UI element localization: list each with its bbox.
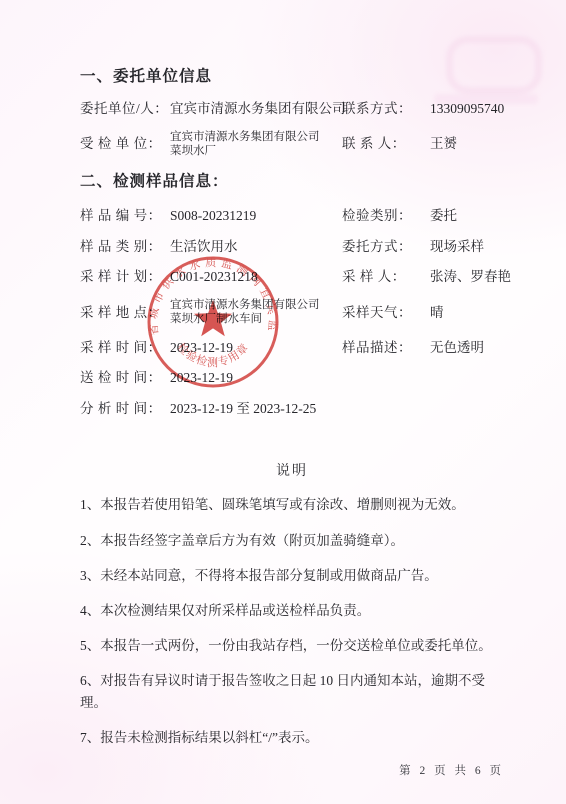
sampling-site-cell: 采 样 地 点： 宜宾市清源水务集团有限公司 菜坝水厂制水车间: [80, 298, 342, 327]
field-value-analysis-time: 2023-12-19 至 2023-12-25: [170, 399, 316, 419]
inspected-unit-line1: 宜宾市清源水务集团有限公司: [170, 130, 320, 144]
submission-time-cell: 送 检 时 间： 2023-12-19: [80, 368, 342, 388]
row-sampling-plan: 采 样 计 划： C001-20231218 采 样 人： 张涛、罗春艳: [80, 267, 504, 287]
field-label-sampler: 采 样 人：: [342, 267, 430, 287]
field-label-sample-type: 样 品 类 别：: [80, 237, 170, 257]
field-label-inspection-type: 检验类别：: [342, 206, 430, 226]
field-label-submission-time: 送 检 时 间：: [80, 368, 170, 388]
note-item-1: 1、本报告若使用铅笔、圆珠笔填写或有涂改、增删则视为无效。: [80, 494, 504, 516]
field-value-sample-type: 生活饮用水: [170, 237, 238, 257]
sampling-time-cell: 采 样 时 间： 2023-12-19: [80, 338, 342, 358]
field-label-inspected-unit: 受 检 单 位：: [80, 134, 170, 154]
sample-type-cell: 样 品 类 别： 生活饮用水: [80, 237, 342, 257]
sampling-plan-cell: 采 样 计 划： C001-20231218: [80, 267, 342, 287]
field-label-sampling-weather: 采样天气：: [342, 303, 430, 323]
analysis-time-cell: 分 析 时 间： 2023-12-19 至 2023-12-25: [80, 399, 504, 419]
row-client: 委托单位/人： 宜宾市清源水务集团有限公司 联系方式： 13309095740: [80, 99, 504, 119]
field-label-sample-description: 样品描述：: [342, 338, 430, 358]
field-value-contact-phone: 13309095740: [430, 99, 504, 119]
note-item-2: 2、本报告经签字盖章后方为有效（附页加盖骑缝章）。: [80, 530, 504, 552]
field-value-client: 宜宾市清源水务集团有限公司: [170, 99, 346, 119]
client-cell: 委托单位/人： 宜宾市清源水务集团有限公司: [80, 99, 342, 119]
note-item-6: 6、对报告有异议时请于报告签收之日起 10 日内通知本站，逾期不受理。: [80, 670, 504, 713]
field-label-sample-no: 样 品 编 号：: [80, 206, 170, 226]
note-item-3: 3、未经本站同意，不得将本报告部分复制或用做商品广告。: [80, 565, 504, 587]
sample-no-cell: 样 品 编 号： S008-20231219: [80, 206, 342, 226]
sample-description-cell: 样品描述： 无色透明: [342, 338, 504, 358]
sampling-weather-cell: 采样天气： 晴: [342, 298, 504, 327]
section-heading-sample-info: 二、检测样品信息：: [80, 169, 504, 191]
field-label-commission-mode: 委托方式：: [342, 237, 430, 257]
note-item-4: 4、本次检测结果仅对所采样品或送检样品负责。: [80, 600, 504, 622]
contact-phone-cell: 联系方式： 13309095740: [342, 99, 504, 119]
sampler-cell: 采 样 人： 张涛、罗春艳: [342, 267, 511, 287]
contact-person-cell: 联 系 人： 王赟: [342, 130, 504, 159]
row-sampling-time: 采 样 时 间： 2023-12-19 样品描述： 无色透明: [80, 338, 504, 358]
commission-mode-cell: 委托方式： 现场采样: [342, 237, 504, 257]
inspected-unit-cell: 受 检 单 位： 宜宾市清源水务集团有限公司 菜坝水厂: [80, 130, 342, 159]
field-value-sample-no: S008-20231219: [170, 206, 256, 226]
row-submission-time: 送 检 时 间： 2023-12-19: [80, 368, 504, 388]
field-value-sampling-site: 宜宾市清源水务集团有限公司 菜坝水厂制水车间: [170, 298, 320, 327]
section-heading-client-info: 一、委托单位信息: [80, 64, 504, 86]
row-sample-no: 样 品 编 号： S008-20231219 检验类别： 委托: [80, 206, 504, 226]
notes-section: 说明 1、本报告若使用铅笔、圆珠笔填写或有涂改、增删则视为无效。 2、本报告经签…: [80, 460, 504, 748]
field-value-sampling-time: 2023-12-19: [170, 338, 233, 358]
inspected-unit-line2: 菜坝水厂: [170, 144, 320, 158]
field-value-commission-mode: 现场采样: [430, 237, 484, 257]
field-value-contact-person: 王赟: [430, 134, 457, 154]
field-value-inspected-unit: 宜宾市清源水务集团有限公司 菜坝水厂: [170, 130, 320, 159]
field-label-contact-phone: 联系方式：: [342, 99, 430, 119]
field-label-sampling-plan: 采 样 计 划：: [80, 267, 170, 287]
field-value-sample-description: 无色透明: [430, 338, 484, 358]
field-value-sampling-plan: C001-20231218: [170, 267, 258, 287]
report-page: 一、委托单位信息 委托单位/人： 宜宾市清源水务集团有限公司 联系方式： 133…: [0, 0, 566, 804]
field-value-inspection-type: 委托: [430, 206, 457, 226]
field-label-client: 委托单位/人：: [80, 99, 170, 119]
field-label-sampling-site: 采 样 地 点：: [80, 303, 170, 323]
report-content: 一、委托单位信息 委托单位/人： 宜宾市清源水务集团有限公司 联系方式： 133…: [80, 64, 504, 762]
row-inspected-unit: 受 检 单 位： 宜宾市清源水务集团有限公司 菜坝水厂 联 系 人： 王赟: [80, 130, 504, 159]
field-label-contact-person: 联 系 人：: [342, 134, 430, 154]
row-sample-type: 样 品 类 别： 生活饮用水 委托方式： 现场采样: [80, 237, 504, 257]
field-label-analysis-time: 分 析 时 间：: [80, 399, 170, 419]
page-footer: 第 2 页 共 6 页: [399, 762, 504, 778]
row-analysis-time: 分 析 时 间： 2023-12-19 至 2023-12-25: [80, 399, 504, 419]
note-item-7: 7、报告未检测指标结果以斜杠“/”表示。: [80, 727, 504, 749]
field-label-sampling-time: 采 样 时 间：: [80, 338, 170, 358]
field-value-sampling-weather: 晴: [430, 303, 444, 323]
field-value-submission-time: 2023-12-19: [170, 368, 233, 388]
sampling-site-line2: 菜坝水厂制水车间: [170, 312, 320, 326]
sampling-site-line1: 宜宾市清源水务集团有限公司: [170, 298, 320, 312]
row-sampling-site: 采 样 地 点： 宜宾市清源水务集团有限公司 菜坝水厂制水车间 采样天气： 晴: [80, 298, 504, 327]
field-value-sampler: 张涛、罗春艳: [430, 267, 511, 287]
note-item-5: 5、本报告一式两份，一份由我站存档，一份交送检单位或委托单位。: [80, 635, 504, 657]
notes-title: 说明: [80, 460, 504, 480]
inspection-type-cell: 检验类别： 委托: [342, 206, 504, 226]
